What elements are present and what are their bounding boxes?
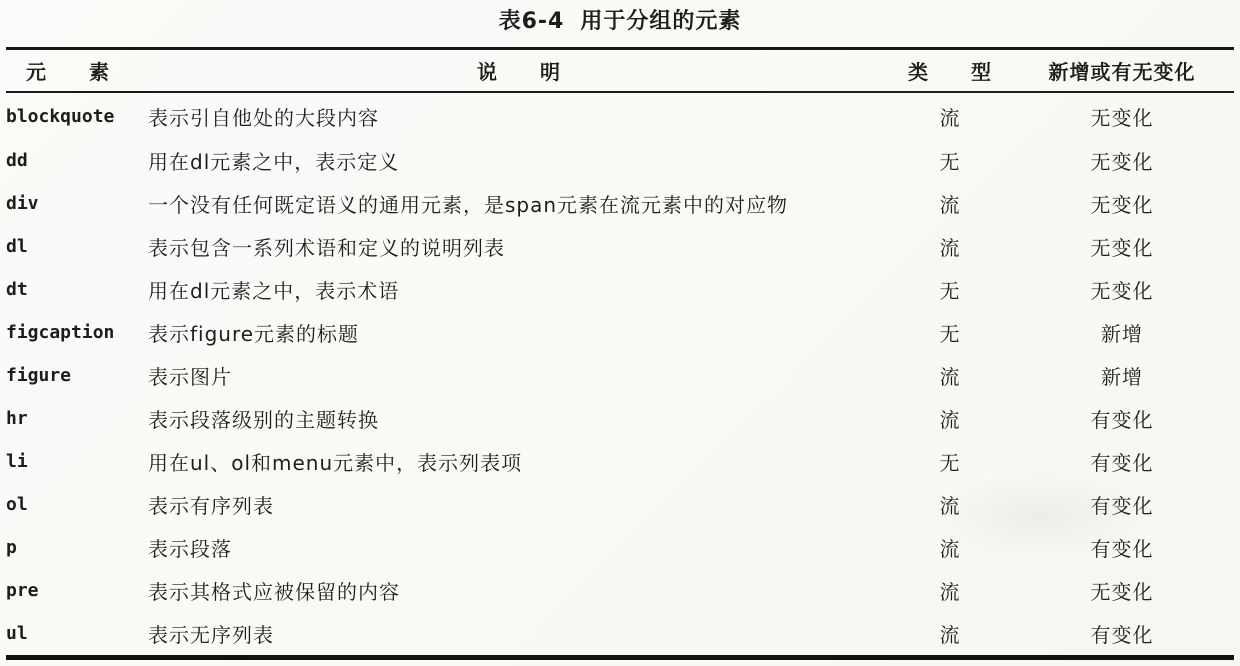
element-change: 无变化	[1010, 268, 1234, 311]
table-row: ul 表示无序列表 流 有变化	[6, 612, 1234, 658]
element-description: 表示引自他处的大段内容	[148, 92, 890, 139]
element-type: 流	[890, 397, 1010, 440]
table-row: hr 表示段落级别的主题转换 流 有变化	[6, 397, 1234, 440]
element-type: 流	[890, 182, 1010, 225]
element-type: 无	[890, 268, 1010, 311]
element-name: blockquote	[6, 92, 148, 139]
table-row: dd 用在dl元素之中，表示定义 无 无变化	[6, 139, 1234, 182]
element-description: 表示图片	[148, 354, 890, 397]
element-name: ol	[6, 483, 148, 526]
table-header-row: 元 素 说 明 类 型 新增或有无变化	[6, 49, 1234, 93]
table-row: dl 表示包含一系列术语和定义的说明列表 流 无变化	[6, 225, 1234, 268]
element-change: 新增	[1010, 311, 1234, 354]
element-description: 用在dl元素之中，表示术语	[148, 268, 890, 311]
element-name: dt	[6, 268, 148, 311]
element-change: 有变化	[1010, 483, 1234, 526]
header-element: 元 素	[6, 49, 148, 93]
table-row: pre 表示其格式应被保留的内容 流 无变化	[6, 569, 1234, 612]
header-change: 新增或有无变化	[1010, 49, 1234, 93]
element-type: 流	[890, 225, 1010, 268]
element-name: p	[6, 526, 148, 569]
element-type: 无	[890, 440, 1010, 483]
element-name: dl	[6, 225, 148, 268]
element-type: 流	[890, 354, 1010, 397]
element-name: dd	[6, 139, 148, 182]
element-description: 表示figure元素的标题	[148, 311, 890, 354]
table-number: 表6-4	[499, 9, 565, 34]
element-description: 表示包含一系列术语和定义的说明列表	[148, 225, 890, 268]
element-name: pre	[6, 569, 148, 612]
element-change: 无变化	[1010, 182, 1234, 225]
table-row: li 用在ul、ol和menu元素中，表示列表项 无 有变化	[6, 440, 1234, 483]
element-name: figure	[6, 354, 148, 397]
element-name: li	[6, 440, 148, 483]
element-description: 表示有序列表	[148, 483, 890, 526]
table-row: blockquote 表示引自他处的大段内容 流 无变化	[6, 92, 1234, 139]
element-description: 表示段落	[148, 526, 890, 569]
header-type: 类 型	[890, 49, 1010, 93]
element-description: 用在ul、ol和menu元素中，表示列表项	[148, 440, 890, 483]
element-change: 有变化	[1010, 397, 1234, 440]
element-change: 无变化	[1010, 92, 1234, 139]
element-description: 用在dl元素之中，表示定义	[148, 139, 890, 182]
element-change: 无变化	[1010, 139, 1234, 182]
element-type: 流	[890, 483, 1010, 526]
table-caption: 表6-4用于分组的元素	[0, 0, 1240, 40]
grouping-elements-table: 元 素 说 明 类 型 新增或有无变化 blockquote 表示引自他处的大段…	[6, 47, 1234, 660]
element-change: 无变化	[1010, 569, 1234, 612]
element-change: 有变化	[1010, 440, 1234, 483]
table-row: div 一个没有任何既定语义的通用元素，是span元素在流元素中的对应物 流 无…	[6, 182, 1234, 225]
table-row: p 表示段落 流 有变化	[6, 526, 1234, 569]
element-description: 一个没有任何既定语义的通用元素，是span元素在流元素中的对应物	[148, 182, 890, 225]
element-change: 新增	[1010, 354, 1234, 397]
element-type: 流	[890, 526, 1010, 569]
header-description: 说 明	[148, 49, 890, 93]
element-change: 无变化	[1010, 225, 1234, 268]
element-type: 流	[890, 569, 1010, 612]
table-row: dt 用在dl元素之中，表示术语 无 无变化	[6, 268, 1234, 311]
table-title-text: 用于分组的元素	[580, 9, 741, 34]
element-type: 流	[890, 92, 1010, 139]
element-description: 表示无序列表	[148, 612, 890, 658]
element-type: 流	[890, 612, 1010, 658]
element-description: 表示段落级别的主题转换	[148, 397, 890, 440]
element-change: 有变化	[1010, 612, 1234, 658]
element-name: figcaption	[6, 311, 148, 354]
element-name: hr	[6, 397, 148, 440]
element-type: 无	[890, 139, 1010, 182]
table-row: ol 表示有序列表 流 有变化	[6, 483, 1234, 526]
element-type: 无	[890, 311, 1010, 354]
scanned-book-page: 表6-4用于分组的元素 元 素 说 明 类 型 新增或有无变化 blockquo…	[0, 0, 1240, 666]
element-name: ul	[6, 612, 148, 658]
table-row: figcaption 表示figure元素的标题 无 新增	[6, 311, 1234, 354]
element-change: 有变化	[1010, 526, 1234, 569]
element-description: 表示其格式应被保留的内容	[148, 569, 890, 612]
element-name: div	[6, 182, 148, 225]
table-row: figure 表示图片 流 新增	[6, 354, 1234, 397]
